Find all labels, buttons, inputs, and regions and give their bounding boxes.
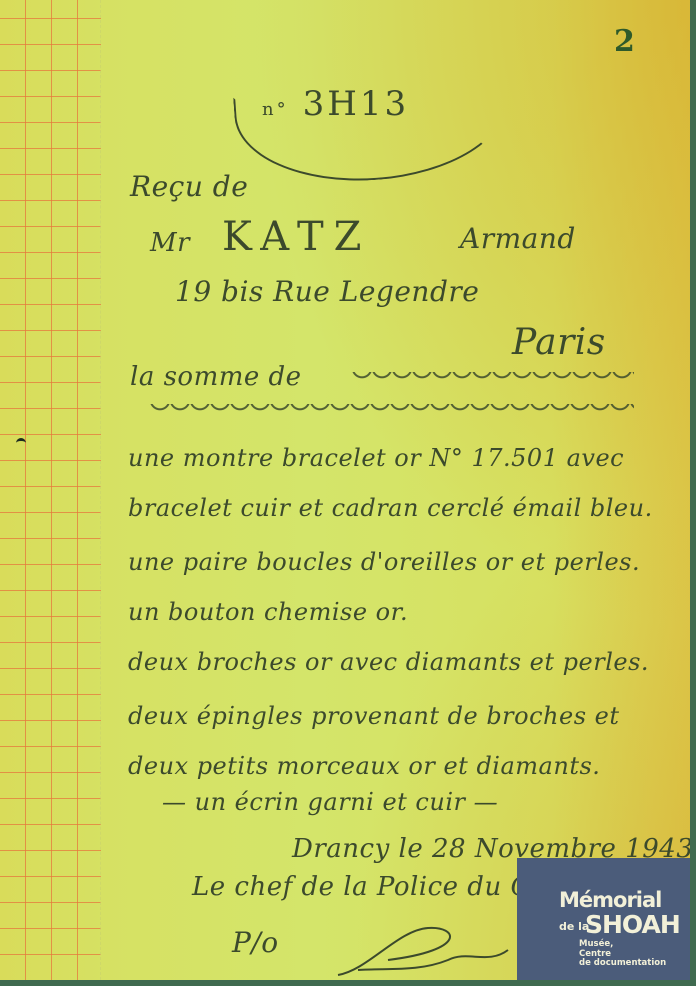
received-from-label: Reçu de (130, 170, 248, 203)
page-number: 2 (614, 24, 635, 59)
memorial-shoah-watermark: Mémorial de la SHOAH Musée, Centre de do… (517, 858, 690, 980)
signature-icon (328, 920, 518, 980)
surname: KATZ (222, 214, 371, 260)
item-line: deux épingles provenant de broches et (128, 702, 620, 730)
reference-value: 3H13 (303, 84, 410, 124)
name-prefix: Mr (150, 228, 190, 258)
per-order-label: P/o (232, 926, 279, 959)
logo-subtitle: Musée, Centre de documentation (579, 940, 666, 969)
logo-memorial-text: Mémorial (559, 888, 661, 912)
first-name: Armand (460, 222, 576, 255)
punch-hole-mark (16, 438, 26, 447)
document-page: 2 n°3H13 Reçu de Mr KATZ Armand 19 bis R… (0, 0, 690, 980)
wavy-line-1 (352, 372, 634, 382)
reference-prefix: n° (262, 99, 289, 120)
reference-number: n°3H13 (262, 84, 409, 124)
city: Paris (512, 322, 606, 363)
item-line: une montre bracelet or N° 17.501 avec (128, 444, 624, 472)
item-line: deux petits morceaux or et diamants. (128, 752, 600, 780)
item-line: une paire boucles d'oreilles or et perle… (128, 548, 640, 576)
wavy-line-2 (150, 404, 634, 414)
sum-label: la somme de (130, 362, 302, 392)
item-line: — un écrin garni et cuir — (162, 788, 498, 816)
graph-paper-strip (0, 0, 101, 980)
item-line: deux broches or avec diamants et perles. (128, 648, 649, 676)
frame-right-edge (690, 0, 696, 986)
item-line: bracelet cuir et cadran cerclé émail ble… (128, 494, 653, 522)
address: 19 bis Rue Legendre (175, 275, 479, 308)
frame-bottom-edge (0, 980, 696, 986)
logo-shoah-text: SHOAH (585, 910, 680, 939)
item-line: un bouton chemise or. (128, 598, 408, 626)
